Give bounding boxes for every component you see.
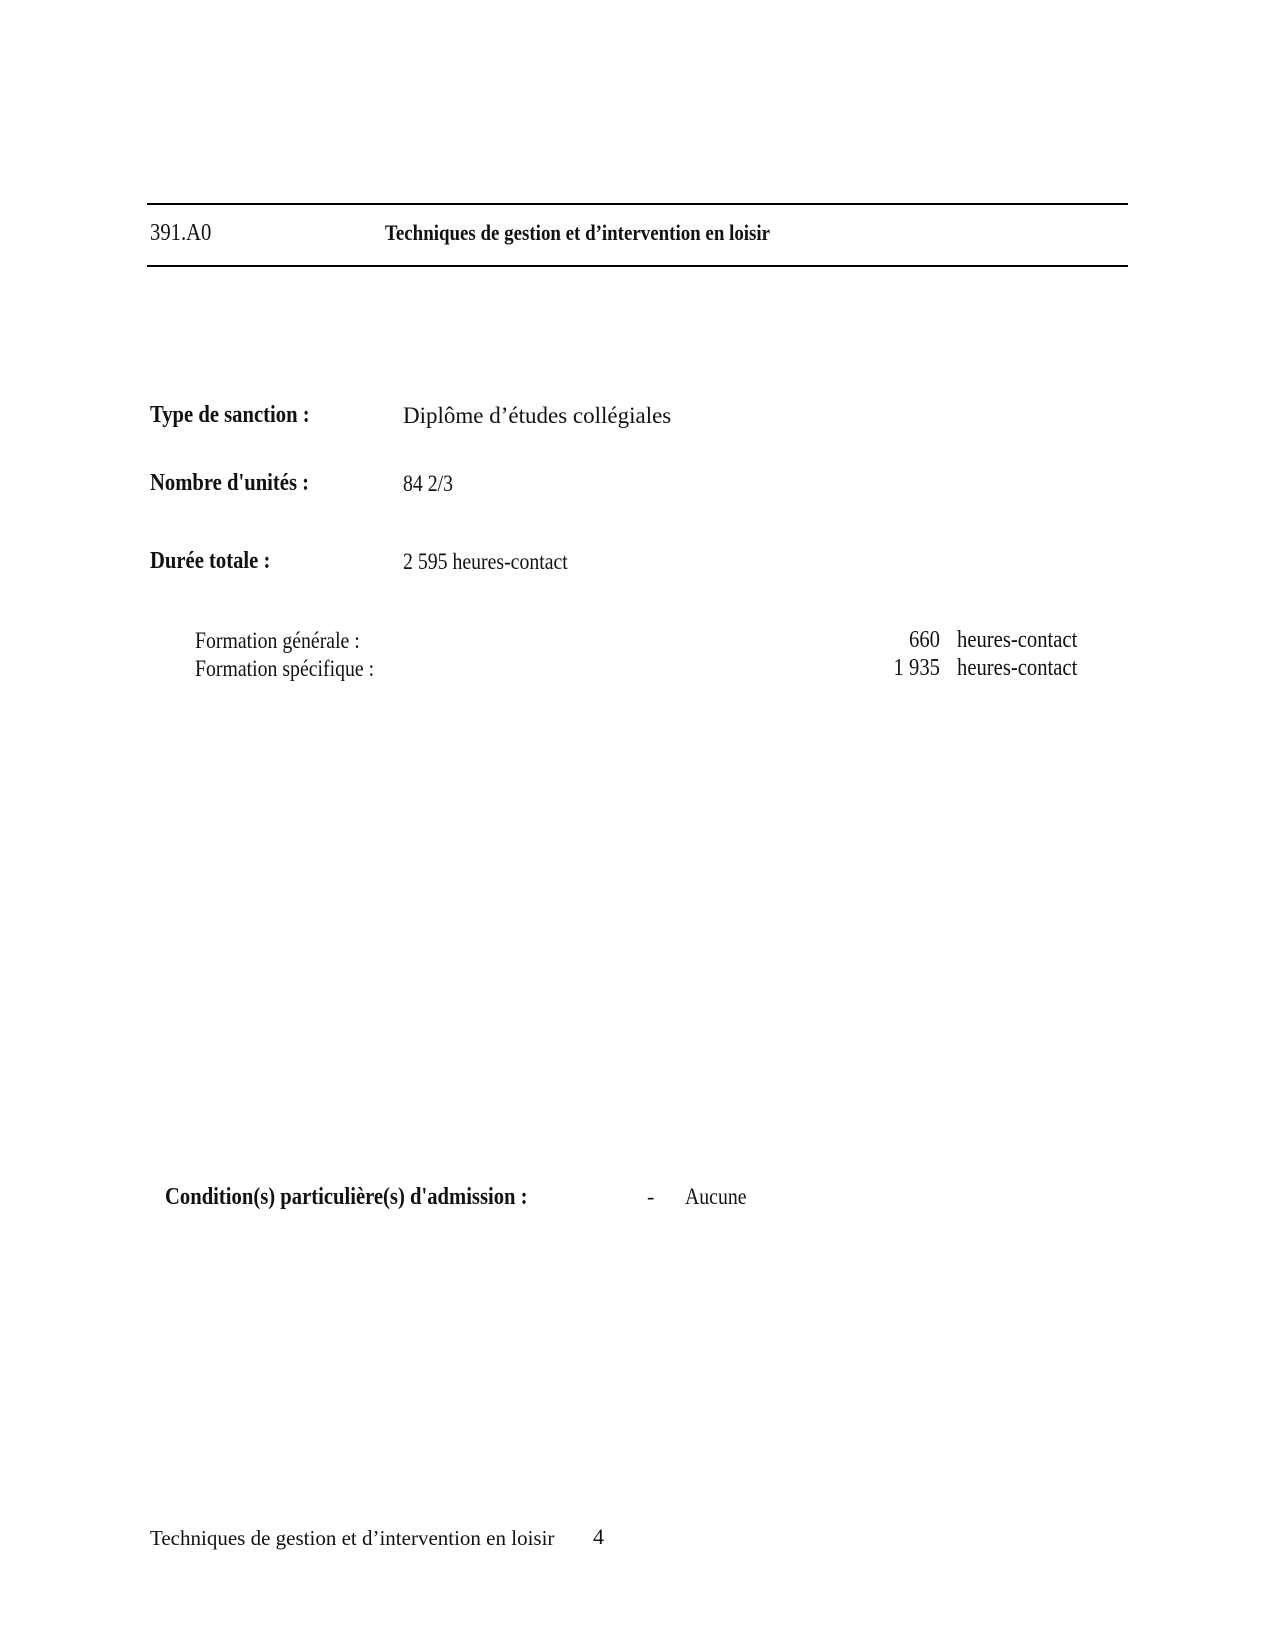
units-value: 84 2/3 — [403, 471, 453, 497]
admission-label: Condition(s) particulière(s) d'admission… — [165, 1184, 528, 1211]
sanction-value: Diplôme d’études collégiales — [403, 403, 671, 429]
breakdown-specific-label: Formation spécifique : — [195, 656, 374, 682]
units-label: Nombre d'unités : — [150, 470, 309, 497]
page-number: 4 — [593, 1524, 604, 1550]
program-title: Techniques de gestion et d’intervention … — [385, 220, 770, 246]
sanction-label: Type de sanction : — [150, 402, 310, 429]
program-code: 391.A0 — [150, 220, 211, 247]
admission-bullet: - — [647, 1184, 654, 1210]
breakdown-general-unit: heures-contact — [957, 627, 1077, 654]
breakdown-general-hours-value: 660 — [909, 627, 940, 654]
breakdown-specific-unit: heures-contact — [957, 655, 1077, 682]
breakdown-general-hours: 660 — [820, 627, 940, 654]
breakdown-specific-hours: 1 935 — [820, 655, 940, 682]
admission-value: Aucune — [685, 1184, 747, 1210]
breakdown-specific-hours-value: 1 935 — [894, 655, 940, 682]
duration-label: Durée totale : — [150, 548, 270, 575]
duration-value: 2 595 heures-contact — [403, 549, 568, 575]
header-bottom-rule — [147, 265, 1128, 267]
footer-title: Techniques de gestion et d’intervention … — [150, 1526, 554, 1551]
header-top-rule — [147, 203, 1128, 205]
breakdown-general-label: Formation générale : — [195, 628, 360, 654]
